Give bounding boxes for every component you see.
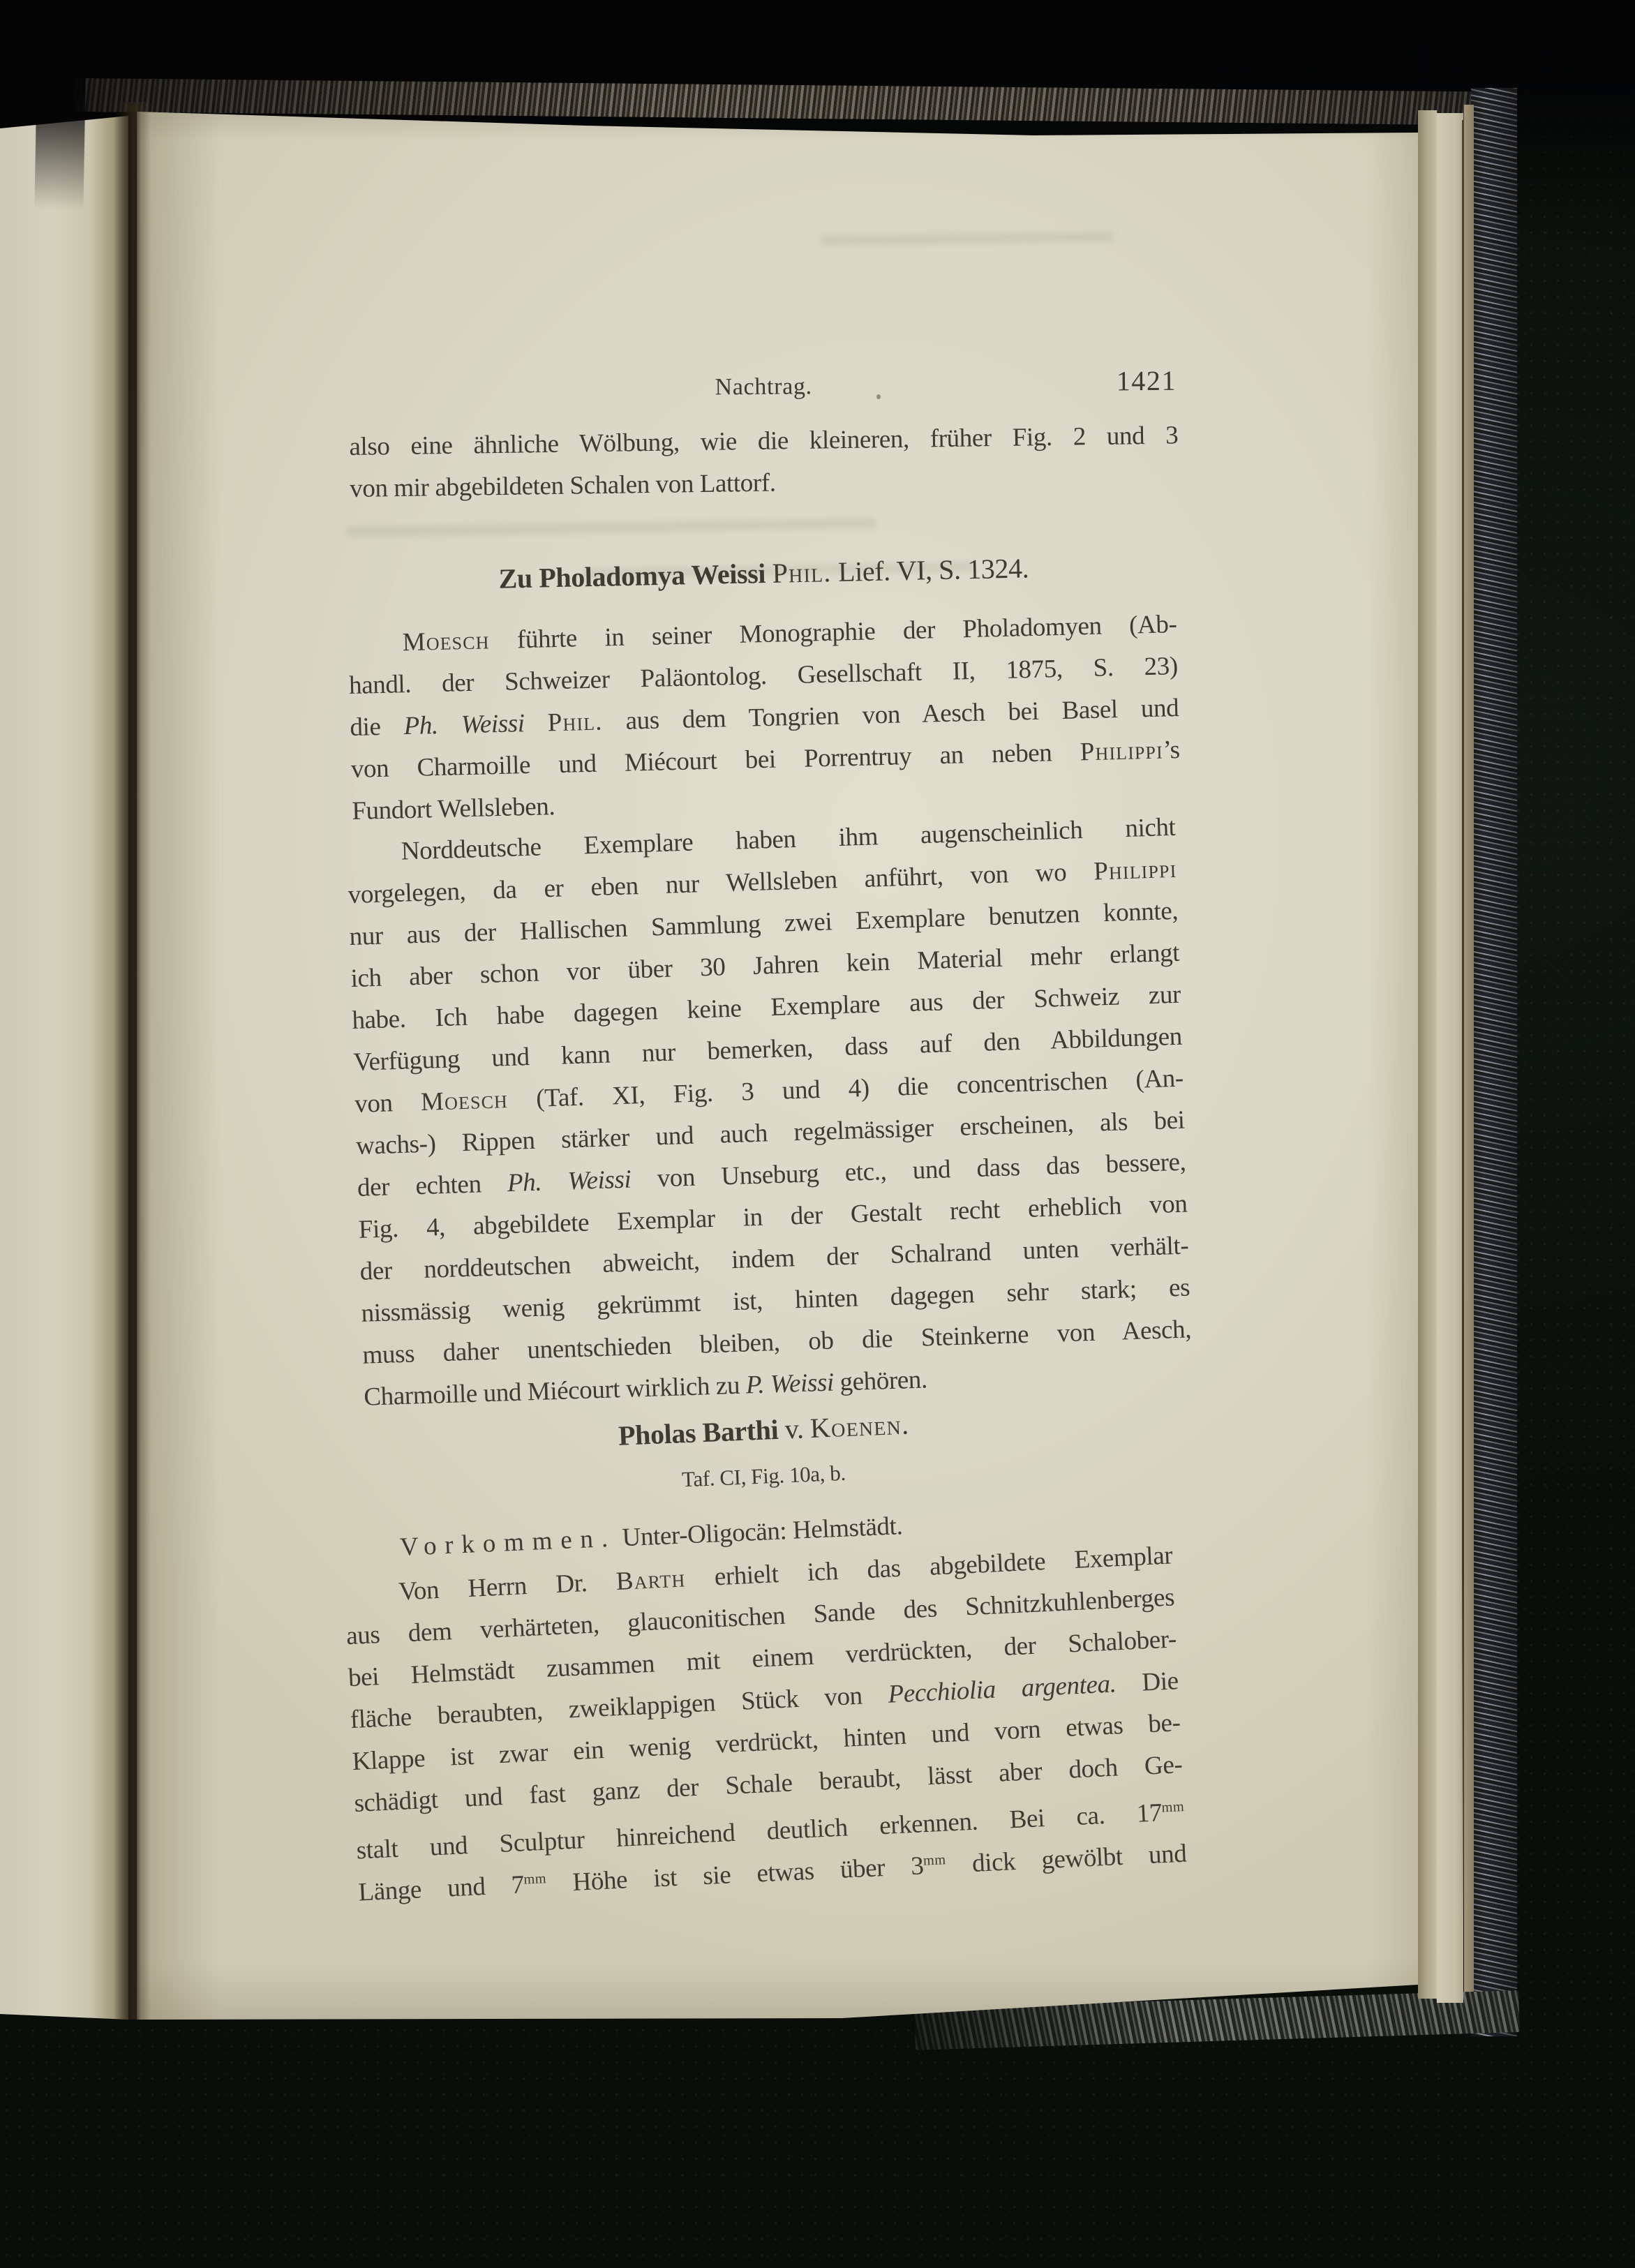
paragraph: Norddeutsche Exemplare haben ihm augensc… xyxy=(346,807,1193,1419)
gutter-shadow xyxy=(114,102,151,2020)
facing-page-edge xyxy=(0,116,128,2020)
paragraph: Von Herrn Dr. Barth erhielt ich das abge… xyxy=(343,1535,1187,1908)
page-stack-edge xyxy=(1437,113,1463,2003)
book-photograph: Nachtrag. 1421 also eine ähnliche Wölbun… xyxy=(0,0,1635,2268)
page-content: Nachtrag. 1421 also eine ähnliche Wölbun… xyxy=(349,105,1178,1909)
page-stack-edge-line xyxy=(1462,120,1464,1927)
book-cover-fore-edge-inner xyxy=(1464,105,1474,2017)
species-heading: Zu Pholadomya Weissi Phil. Lief. VI, S. … xyxy=(349,547,1179,600)
page-body: also eine ähnliche Wölbung, wie die klei… xyxy=(349,426,1178,1909)
page-stack-edge xyxy=(1418,110,1437,1999)
book-cover-fore-edge xyxy=(1471,88,1517,2036)
running-header: Nachtrag. 1421 xyxy=(349,368,1178,406)
paragraph: Moesch führte in seiner Monographie der … xyxy=(348,604,1181,833)
page-number: 1421 xyxy=(1117,366,1177,397)
text-line: Zu Pholadomya Weissi Phil. Lief. VI, S. … xyxy=(349,547,1179,600)
book-page: Nachtrag. 1421 also eine ähnliche Wölbun… xyxy=(137,105,1418,2020)
paragraph: also eine ähnliche Wölbung, wie die klei… xyxy=(349,415,1179,510)
gutter-top-shadow xyxy=(34,0,87,210)
running-header-title: Nachtrag. xyxy=(349,368,1178,406)
